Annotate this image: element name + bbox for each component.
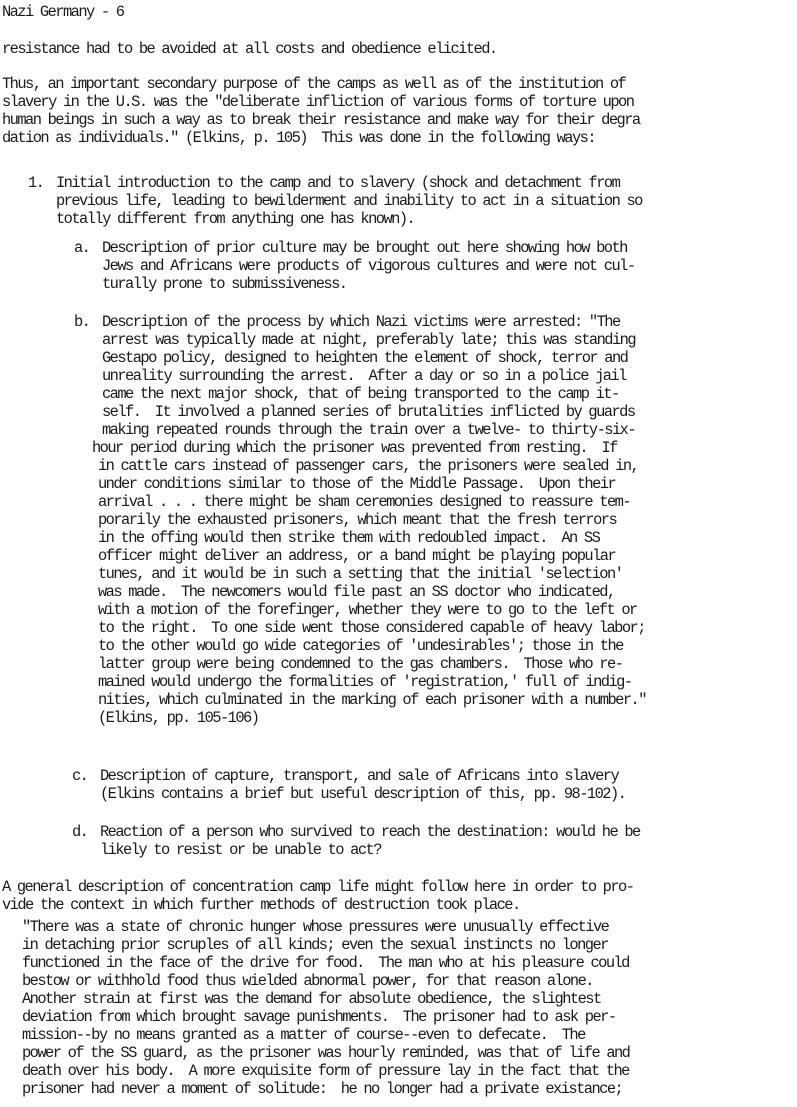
- quote-line: functioned in the face of the drive for …: [22, 954, 629, 972]
- paragraph-line: slavery in the U.S. was the "deliberate …: [2, 93, 633, 111]
- list-line: (Elkins contains a brief but useful desc…: [100, 785, 625, 803]
- paragraph-line: human beings in such a way as to break t…: [2, 111, 640, 129]
- paragraph-line: vide the context in which further method…: [2, 896, 520, 914]
- paragraph-line: Thus, an important secondary purpose of …: [2, 75, 625, 93]
- list-line: Gestapo policy, designed to heighten the…: [102, 349, 627, 367]
- list-marker: c.: [72, 767, 87, 785]
- list-line: tunes, and it would be in such a setting…: [98, 565, 622, 583]
- list-line: officer might deliver an address, or a b…: [98, 547, 615, 565]
- list-line: nities, which culminated in the marking …: [98, 691, 646, 709]
- list-line: came the next major shock, that of being…: [102, 385, 619, 403]
- list-line: under conditions similar to those of the…: [98, 475, 615, 493]
- list-line: unreality surrounding the arrest. After …: [102, 367, 626, 385]
- quote-line: bestow or withhold food thus wielded abn…: [22, 972, 593, 990]
- paragraph-line: A general description of concentration c…: [2, 878, 633, 896]
- quote-line: in detaching prior scruples of all kinds…: [22, 936, 608, 954]
- quote-line: prisoner had never a moment of solitude:…: [22, 1080, 622, 1098]
- list-line: in cattle cars instead of passenger cars…: [98, 457, 638, 475]
- list-line: totally different from anything one has …: [56, 210, 414, 228]
- list-line: Reaction of a person who survived to rea…: [100, 823, 640, 841]
- list-line: was made. The newcomers would file past …: [98, 583, 615, 601]
- list-line: porarily the exhausted prisoners, which …: [98, 511, 616, 529]
- quote-line: "There was a state of chronic hunger who…: [22, 918, 608, 936]
- page-header: Nazi Germany - 6: [2, 3, 123, 21]
- list-line: self. It involved a planned series of br…: [102, 403, 635, 421]
- list-line: Description of capture, transport, and s…: [100, 767, 618, 785]
- list-line: arrival . . . there might be sham ceremo…: [98, 493, 630, 511]
- list-marker: b.: [74, 313, 89, 331]
- list-line: Description of prior culture may be brou…: [102, 239, 627, 257]
- list-line: with a motion of the forefinger, whether…: [98, 601, 637, 619]
- list-line: in the offing would then strike them wit…: [98, 529, 599, 547]
- list-line: latter group were being condemned to the…: [98, 655, 622, 673]
- list-line: Initial introduction to the camp and to …: [56, 174, 619, 192]
- list-line: to the right. To one side went those con…: [98, 619, 645, 637]
- list-line: hour period during which the prisoner wa…: [92, 439, 617, 457]
- list-line: making repeated rounds through the train…: [102, 421, 635, 439]
- intro-line: resistance had to be avoided at all cost…: [2, 40, 497, 58]
- list-line: previous life, leading to bewilderment a…: [56, 192, 642, 210]
- list-line: likely to resist or be unable to act?: [100, 841, 381, 859]
- list-line: to the other would go wide categories of…: [98, 637, 623, 655]
- list-marker: a.: [74, 239, 89, 257]
- list-marker: 1.: [28, 174, 43, 192]
- quote-line: Another strain at first was the demand f…: [22, 990, 601, 1008]
- list-line: mained would undergo the formalities of …: [98, 673, 632, 691]
- paragraph-line: dation as individuals." (Elkins, p. 105)…: [2, 129, 595, 147]
- quote-line: death over his body. A more exquisite fo…: [22, 1062, 629, 1080]
- list-line: turally prone to submissiveness.: [102, 275, 346, 293]
- document-page: Nazi Germany - 6 resistance had to be av…: [0, 0, 797, 1107]
- quote-line: mission--by no means granted as a matter…: [22, 1026, 585, 1044]
- list-line: (Elkins, pp. 105-106): [98, 709, 258, 727]
- list-marker: d.: [72, 823, 87, 841]
- list-line: Description of the process by which Nazi…: [102, 313, 620, 331]
- quote-line: power of the SS guard, as the prisoner w…: [22, 1044, 629, 1062]
- quote-line: deviation from which brought savage puni…: [22, 1008, 616, 1026]
- list-line: arrest was typically made at night, pref…: [102, 331, 635, 349]
- list-line: Jews and Africans were products of vigor…: [102, 257, 635, 275]
